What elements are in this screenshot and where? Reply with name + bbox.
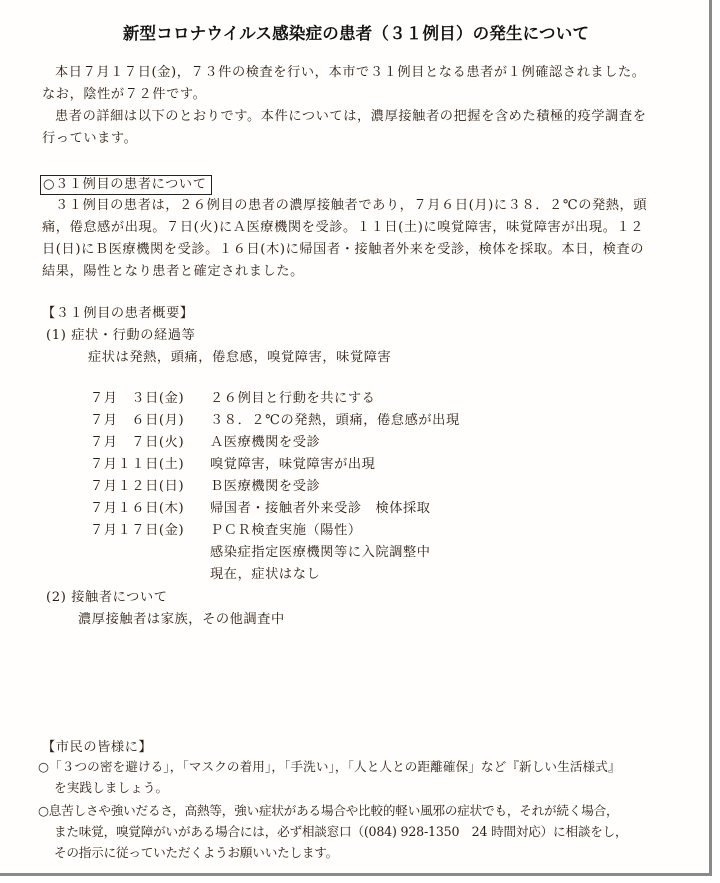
timeline-event: ２６例目と行動を共にする — [210, 388, 510, 410]
timeline: ７月 ３日(金) ２６例目と行動を共にする ７月 ６日(月) ３８．２℃の発熱，… — [90, 388, 510, 586]
citizens-item-1-line-2: を実践しましょう。 — [38, 777, 621, 798]
citizens-heading: 【市民の皆様に】 — [42, 736, 152, 755]
timeline-row: 現在，症状はなし — [90, 564, 510, 586]
case-section-heading-box: ○３１例目の患者について — [40, 174, 212, 196]
overview-heading: 【３１例目の患者概要】 — [42, 302, 194, 321]
timeline-date: ７月１１日(土) — [90, 454, 210, 476]
intro-line-3: 患者の詳細は以下のとおりです。本件については，濃厚接触者の把握を含めた積極的疫学… — [42, 106, 682, 128]
timeline-row: ７月 ３日(金) ２６例目と行動を共にする — [90, 388, 510, 410]
case-line-3: 日(日)にＢ医療機関を受診。１６日(木)に帰国者・接触者外来を受診，検体を採取。… — [42, 239, 682, 261]
timeline-date: ７月 ６日(月) — [90, 410, 210, 432]
intro-line-4: 行っています。 — [42, 128, 682, 150]
timeline-event: 嗅覚障害，味覚障害が出現 — [210, 454, 510, 476]
timeline-event: Ｂ医療機関を受診 — [210, 476, 510, 498]
case-section-heading: ○３１例目の患者について — [40, 175, 212, 195]
citizens-item-1-line-1: ○「３つの密を避ける」，「マスクの着用」，「手洗い」，「人と人との距離確保」など… — [38, 756, 621, 777]
case-line-4: 結果，陽性となり患者と確定されました。 — [42, 261, 682, 283]
timeline-row: ７月１１日(土) 嗅覚障害，味覚障害が出現 — [90, 454, 510, 476]
intro-line-1: 本日７月１７日(金)，７３件の検査を行い，本市で３１例目となる患者が１例確認され… — [42, 62, 682, 84]
timeline-row: ７月１６日(木) 帰国者・接触者外来受診 検体採取 — [90, 498, 510, 520]
timeline-row: 感染症指定医療機関等に入院調整中 — [90, 542, 510, 564]
timeline-date: ７月 ７日(火) — [90, 432, 210, 454]
overview-sub1-label: (1) 症状・行動の経過等 — [46, 324, 195, 343]
case-line-1: ３１例目の患者は，２６例目の患者の濃厚接触者であり，７月６日(月)に３８．２℃の… — [42, 195, 682, 217]
timeline-event: ＰＣＲ検査実施（陽性） — [210, 520, 510, 542]
timeline-event: 帰国者・接触者外来受診 検体採取 — [210, 498, 510, 520]
timeline-row: ７月 ６日(月) ３８．２℃の発熱，頭痛，倦怠感が出現 — [90, 410, 510, 432]
timeline-date: ７月１６日(木) — [90, 498, 210, 520]
page-title: 新型コロナウイルス感染症の患者（３１例目）の発生について — [0, 20, 712, 44]
timeline-event: Ａ医療機関を受診 — [210, 432, 510, 454]
symptoms-summary: 症状は発熱，頭痛，倦怠感，嗅覚障害，味覚障害 — [88, 346, 391, 365]
overview-sub2-label: (2) 接触者について — [46, 586, 168, 605]
citizens-item-2-line-2: また味覚，嗅覚障がいがある場合には，必ず相談窓口（(084) 928-1350 … — [38, 821, 627, 842]
intro-line-2: なお，陰性が７２件です。 — [42, 84, 682, 106]
timeline-event: 感染症指定医療機関等に入院調整中 — [210, 542, 510, 564]
citizens-item-2: ○息苦しさや強いだるさ，高熱等，強い症状がある場合や比較的軽い風邪の症状でも，そ… — [38, 800, 627, 863]
case-description: ３１例目の患者は，２６例目の患者の濃厚接触者であり，７月６日(月)に３８．２℃の… — [42, 195, 682, 283]
timeline-row: ７月 ７日(火) Ａ医療機関を受診 — [90, 432, 510, 454]
contacts-text: 濃厚接触者は家族，その他調査中 — [78, 608, 285, 627]
citizens-item-2-line-3: その指示に従っていただくようお願いいたします。 — [38, 842, 627, 863]
timeline-event: ３８．２℃の発熱，頭痛，倦怠感が出現 — [210, 410, 510, 432]
citizens-item-1: ○「３つの密を避ける」，「マスクの着用」，「手洗い」，「人と人との距離確保」など… — [38, 756, 621, 798]
citizens-item-2-line-1: ○息苦しさや強いだるさ，高熱等，強い症状がある場合や比較的軽い風邪の症状でも，そ… — [38, 800, 627, 821]
timeline-event: 現在，症状はなし — [210, 564, 510, 586]
timeline-date: ７月１７日(金) — [90, 520, 210, 542]
case-line-2: 痛，倦怠感が出現。７日(火)にＡ医療機関を受診。１１日(土)に嗅覚障害，味覚障害… — [42, 217, 682, 239]
timeline-date: ７月 ３日(金) — [90, 388, 210, 410]
timeline-row: ７月１７日(金) ＰＣＲ検査実施（陽性） — [90, 520, 510, 542]
timeline-date: ７月１２日(日) — [90, 476, 210, 498]
document-page: 新型コロナウイルス感染症の患者（３１例目）の発生について 本日７月１７日(金)，… — [0, 0, 712, 876]
timeline-row: ７月１２日(日) Ｂ医療機関を受診 — [90, 476, 510, 498]
intro-paragraph: 本日７月１７日(金)，７３件の検査を行い，本市で３１例目となる患者が１例確認され… — [42, 62, 682, 150]
